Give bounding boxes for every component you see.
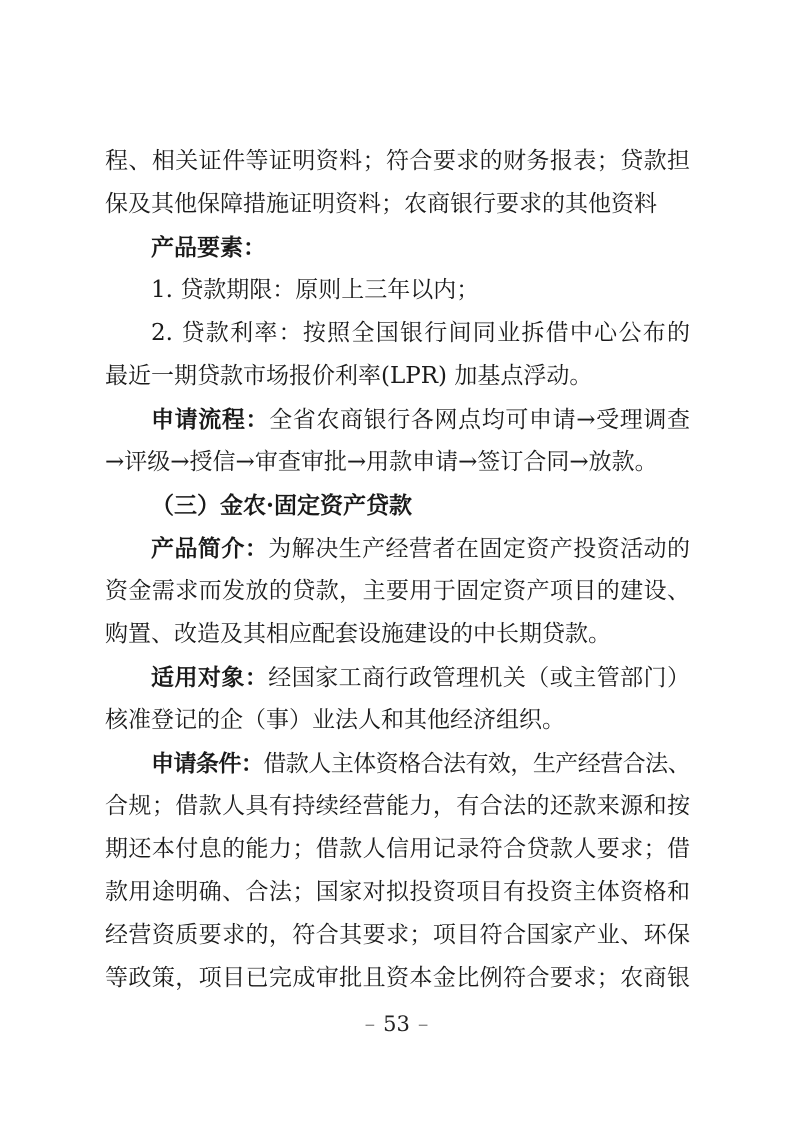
- footer-dash-left: –: [365, 1012, 376, 1036]
- heading-section-3: （三）金农·固定资产贷款: [105, 484, 690, 527]
- label-target-customers: 适用对象：: [151, 664, 268, 691]
- text-line-loan-rate: 2. 贷款利率：按照全国银行间同业拆借中心公布的: [105, 312, 690, 355]
- line-text: 购置、改造及其相应配套设施建设的中长期贷款。: [105, 621, 611, 647]
- text-line: 保及其他保障措施证明资料；农商银行要求的其他资料: [105, 183, 690, 226]
- text-line: 等政策，项目已完成审批且资本金比例符合要求；农商银: [105, 957, 690, 1000]
- heading-text: （三）金农·固定资产贷款: [151, 492, 412, 519]
- line-text: 全省农商银行各网点均可申请→受理调查: [269, 407, 690, 433]
- text-line-application-conditions: 申请条件：借款人主体资格合法有效，生产经营合法、: [105, 742, 690, 785]
- line-text: 经国家工商行政管理机关（或主管部门）: [268, 665, 690, 691]
- text-line: 合规；借款人具有持续经营能力，有合法的还款来源和按: [105, 785, 690, 828]
- heading-product-elements: 产品要素：: [105, 226, 690, 269]
- line-text: 经营资质要求的，符合其要求；项目符合国家产业、环保: [105, 922, 690, 948]
- line-text: →评级→授信→审查审批→用款申请→签订合同→放款。: [105, 449, 658, 475]
- line-text: 程、相关证件等证明资料；符合要求的财务报表；贷款担: [105, 148, 690, 174]
- line-text: 1. 贷款期限：原则上三年以内；: [151, 277, 479, 303]
- line-text: 款用途明确、合法；国家对拟投资项目有投资主体资格和: [105, 879, 690, 905]
- line-text: 核准登记的企（事）业法人和其他经济组织。: [105, 707, 565, 733]
- text-line: 期还本付息的能力；借款人信用记录符合贷款人要求；借: [105, 828, 690, 871]
- text-line-target-customers: 适用对象：经国家工商行政管理机关（或主管部门）: [105, 656, 690, 699]
- label-application-conditions: 申请条件：: [151, 750, 263, 777]
- text-line-product-intro: 产品简介：为解决生产经营者在固定资产投资活动的: [105, 527, 690, 570]
- document-page: 程、相关证件等证明资料；符合要求的财务报表；贷款担 保及其他保障措施证明资料；农…: [0, 0, 793, 1122]
- heading-text: 产品要素：: [151, 234, 266, 261]
- line-text: 资金需求而发放的贷款，主要用于固定资产项目的建设、: [105, 578, 690, 604]
- text-line: 购置、改造及其相应配套设施建设的中长期贷款。: [105, 613, 690, 656]
- line-text: 保及其他保障措施证明资料；农商银行要求的其他资料: [105, 191, 657, 217]
- page-footer: –53–: [0, 1010, 793, 1038]
- document-body: 程、相关证件等证明资料；符合要求的财务报表；贷款担 保及其他保障措施证明资料；农…: [105, 140, 690, 1000]
- text-line-loan-term: 1. 贷款期限：原则上三年以内；: [105, 269, 690, 312]
- line-text: 合规；借款人具有持续经营能力，有合法的还款来源和按: [105, 793, 690, 819]
- label-product-intro: 产品简介：: [151, 535, 268, 562]
- text-line: 最近一期贷款市场报价利率(LPR) 加基点浮动。: [105, 355, 690, 398]
- text-line: 核准登记的企（事）业法人和其他经济组织。: [105, 699, 690, 742]
- label-application-process: 申请流程：: [151, 406, 269, 433]
- line-text: 借款人主体资格合法有效，生产经营合法、: [263, 751, 690, 777]
- line-text: 期还本付息的能力；借款人信用记录符合贷款人要求；借: [105, 836, 690, 862]
- text-line: 款用途明确、合法；国家对拟投资项目有投资主体资格和: [105, 871, 690, 914]
- text-line: 经营资质要求的，符合其要求；项目符合国家产业、环保: [105, 914, 690, 957]
- page-number: 53: [375, 1012, 418, 1036]
- text-line: →评级→授信→审查审批→用款申请→签订合同→放款。: [105, 441, 690, 484]
- line-text: 为解决生产经营者在固定资产投资活动的: [268, 536, 690, 562]
- line-text: 2. 贷款利率：按照全国银行间同业拆借中心公布的: [151, 320, 690, 346]
- text-line: 资金需求而发放的贷款，主要用于固定资产项目的建设、: [105, 570, 690, 613]
- footer-dash-right: –: [418, 1012, 429, 1036]
- line-text: 最近一期贷款市场报价利率(LPR) 加基点浮动。: [105, 363, 592, 389]
- text-line-application-process: 申请流程：全省农商银行各网点均可申请→受理调查: [105, 398, 690, 441]
- text-line: 程、相关证件等证明资料；符合要求的财务报表；贷款担: [105, 140, 690, 183]
- line-text: 等政策，项目已完成审批且资本金比例符合要求；农商银: [105, 965, 690, 991]
